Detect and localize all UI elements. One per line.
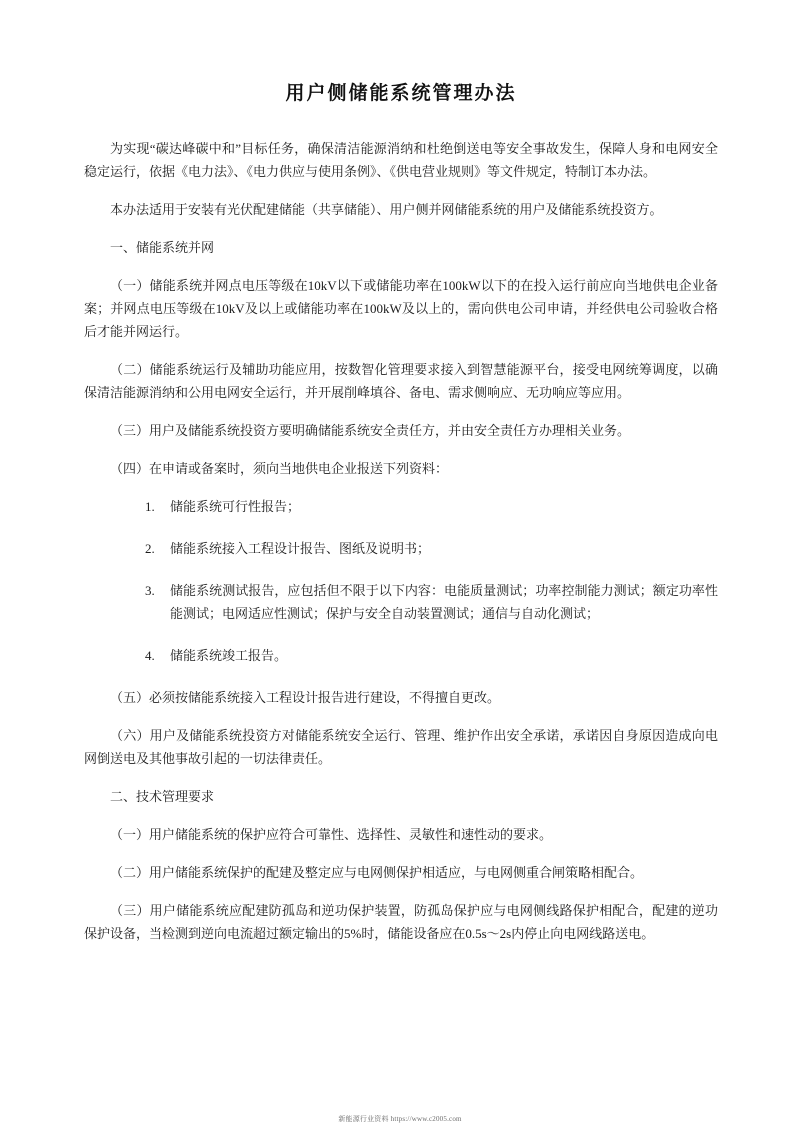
section-heading-1: 一、储能系统并网: [84, 236, 718, 259]
scope-paragraph: 本办法适用于安装有光伏配建储能（共享储能）、用户侧并网储能系统的用户及储能系统投…: [84, 198, 718, 221]
list-item: 3. 储能系统测试报告，应包括但不限于以下内容：电能质量测试；功率控制能力测试；…: [84, 579, 718, 625]
section1-item-6: （六）用户及储能系统投资方对储能系统安全运行、管理、维护作出安全承诺，承诺因自身…: [84, 724, 718, 770]
document-body: 用户侧储能系统管理办法 为实现“碳达峰碳中和”目标任务，确保清洁能源消纳和杜绝倒…: [0, 0, 800, 945]
footer-watermark: 新能源行业资料 https://www.c2005.com: [0, 1114, 800, 1124]
list-marker: 1.: [145, 495, 155, 518]
list-item-text: 储能系统竣工报告。: [170, 648, 287, 663]
intro-paragraph: 为实现“碳达峰碳中和”目标任务，确保清洁能源消纳和杜绝倒送电等安全事故发生，保障…: [84, 137, 718, 183]
section1-item-2: （二）储能系统运行及辅助功能应用，按数智化管理要求接入到智慧能源平台，接受电网统…: [84, 358, 718, 404]
list-item: 4. 储能系统竣工报告。: [84, 644, 718, 667]
section2-item-3: （三）用户储能系统应配建防孤岛和逆功保护装置，防孤岛保护应与电网侧线路保护相配合…: [84, 899, 718, 945]
section2-item-2: （二）用户储能系统保护的配建及整定应与电网侧保护相适应，与电网侧重合闸策略相配合…: [84, 861, 718, 884]
document-page: 用户侧储能系统管理办法 为实现“碳达峰碳中和”目标任务，确保清洁能源消纳和杜绝倒…: [0, 0, 800, 1132]
list-marker: 2.: [145, 537, 155, 560]
list-marker: 4.: [145, 644, 155, 667]
section1-item-1: （一）储能系统并网点电压等级在10kV以下或储能功率在100kW以下的在投入运行…: [84, 274, 718, 343]
list-item-text: 储能系统可行性报告；: [170, 499, 300, 514]
list-item-text: 储能系统接入工程设计报告、图纸及说明书；: [170, 541, 430, 556]
section-heading-2: 二、技术管理要求: [84, 785, 718, 808]
list-item-text: 储能系统测试报告，应包括但不限于以下内容：电能质量测试；功率控制能力测试；额定功…: [170, 583, 718, 621]
document-title: 用户侧储能系统管理办法: [84, 78, 718, 105]
list-item: 2. 储能系统接入工程设计报告、图纸及说明书；: [84, 537, 718, 560]
section2-item-1: （一）用户储能系统的保护应符合可靠性、选择性、灵敏性和速性动的要求。: [84, 823, 718, 846]
section1-item-5: （五）必须按储能系统接入工程设计报告进行建设，不得擅自更改。: [84, 686, 718, 709]
section1-item-3: （三）用户及储能系统投资方要明确储能系统安全责任方，并由安全责任方办理相关业务。: [84, 419, 718, 442]
section1-item-4: （四）在申请或备案时，须向当地供电企业报送下列资料：: [84, 457, 718, 480]
list-marker: 3.: [145, 579, 155, 602]
list-item: 1. 储能系统可行性报告；: [84, 495, 718, 518]
